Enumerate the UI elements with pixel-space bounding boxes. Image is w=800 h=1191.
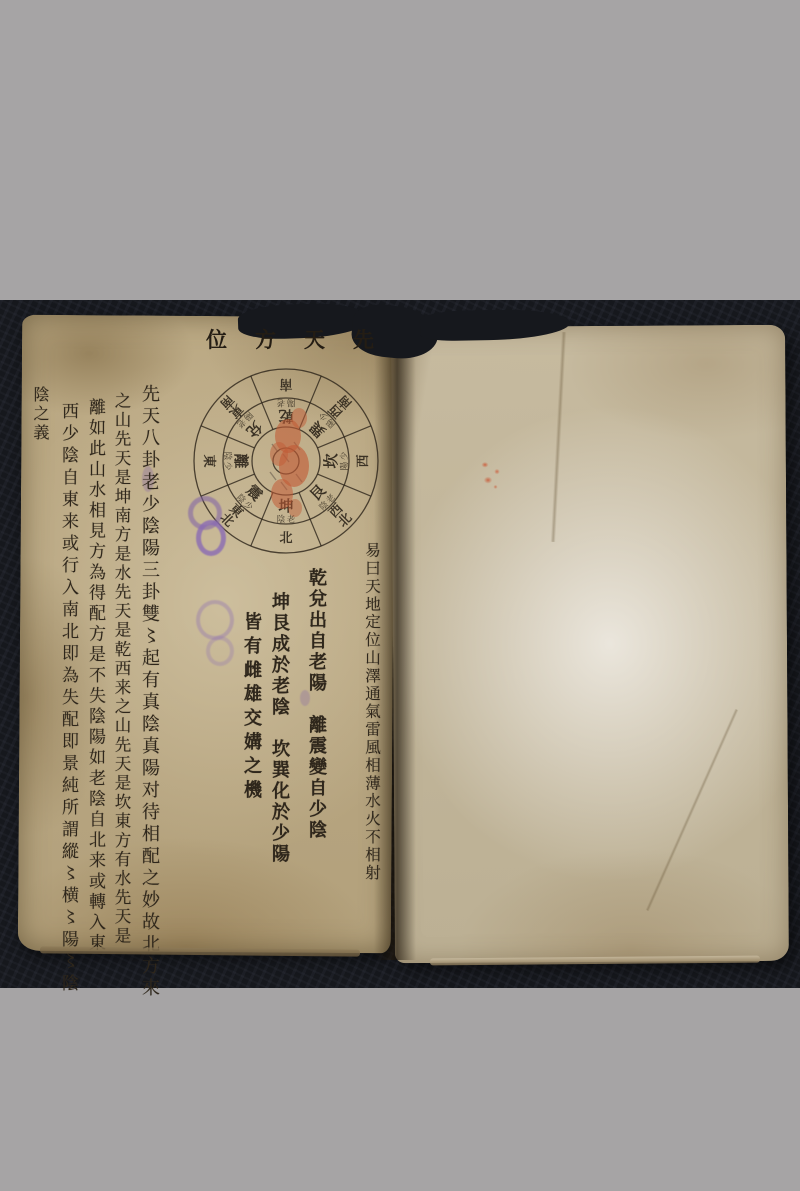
title-char: 天 [304, 324, 325, 354]
direction-label: 南 [279, 376, 292, 392]
direction-label: 西 [355, 454, 371, 467]
red-ink-stain [288, 499, 302, 517]
trigram-label: 坎 [322, 453, 340, 469]
faint-character-mark [270, 472, 276, 480]
red-ink-stain [291, 408, 307, 428]
photo-of-manuscript: 位 方 天 先 南乾老陽西南巽少陽西坎少陽西北艮老陰北坤老陰東北震少陰東離少陰東… [0, 0, 800, 1191]
red-ink-stain [270, 442, 288, 466]
xiang-label: 少陰 [222, 452, 233, 471]
right-page-column: 易曰天地定位山澤通氣雷風相薄水火不相射 [361, 542, 383, 882]
purple-ink-ring [196, 600, 234, 640]
trigram-label: 離 [232, 453, 250, 468]
xiang-label: 少陽 [339, 451, 350, 470]
quote-column-1: 乾兌出自老陽 離震變自少陰 [303, 568, 329, 841]
red-ink-speckle [476, 458, 506, 492]
xiang-label: 老陽 [276, 397, 295, 408]
direction-label: 東 [201, 454, 217, 467]
manuscript-column-3: 離如此山水相見方為得配方是不失陰陽如老陰自北来或轉入東 [83, 398, 108, 954]
title-char: 方 [255, 324, 276, 354]
manuscript-column-4: 西少陰自東来或行入南北即為失配即景純所謂縱〻横〻陽〻陰 [56, 402, 81, 996]
manuscript-column-1: 先天八卦老少陰陽三卦雙〻起有真陰真陽对待相配之妙故北方來 [136, 384, 162, 1000]
direction-label: 北 [279, 531, 292, 546]
title-char: 先 [353, 324, 374, 354]
page-title: 位 方 天 先 [206, 324, 374, 354]
purple-ink-ring [206, 636, 234, 666]
purple-ink-ring [196, 520, 226, 556]
quote-column-2: 坤艮成於老陰 坎巽化於少陽 [266, 592, 292, 865]
manuscript-margin-column: 陰之義 [29, 386, 52, 443]
title-char: 位 [206, 324, 227, 354]
manuscript-column-2: 之山先天是坤南方是水先天是乾西来之山先天是坎東方有水先天是 [109, 392, 133, 946]
quote-column-3: 皆有雌雄交媾之機 [238, 612, 264, 804]
right-manuscript-page [391, 325, 789, 963]
